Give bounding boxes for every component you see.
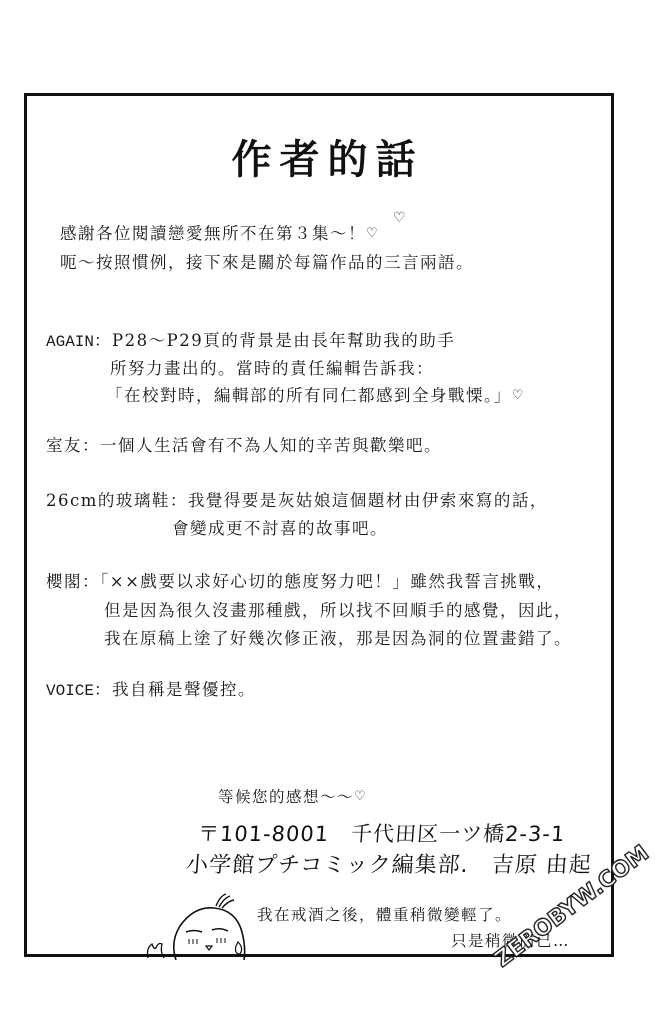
closing-note-1: 我在戒酒之後，體重稍微變輕了。 (257, 905, 512, 925)
section-glass-slipper-text-1: ：我覺得要是灰姑娘這個題材由伊索來寫的話， (170, 491, 548, 510)
section-glass-slipper-label: 26cm的玻璃鞋 (46, 491, 170, 510)
section-glass-slipper-line-2: 會變成更不討喜的故事吧。 (172, 519, 388, 539)
section-sakura-label: 櫻閣 (46, 572, 82, 591)
closing-request-text: 等候您的感想～～ (218, 788, 354, 806)
section-roommate-label: 室友 (46, 436, 82, 455)
mascot-doodle-icon (146, 892, 256, 960)
section-again-text-1: ：P28～P29頁的背景是由長年幫助我的助手 (94, 331, 455, 350)
section-sakura-line-2: 但是因為很久沒畫那種戲，所以找不回順手的感覺，因此， (104, 601, 572, 621)
section-sakura-line-3: 我在原稿上塗了好幾次修正液，那是因為洞的位置畫錯了。 (104, 629, 572, 649)
intro-text-1: 感謝各位閱讀戀愛無所不在第３集～！ (60, 224, 366, 243)
section-roommate-text-1: ：一個人生活會有不為人知的辛苦與歡樂吧。 (82, 436, 442, 455)
heart-icon: ♡ (354, 787, 367, 807)
section-voice-label: VOICE (46, 682, 94, 700)
section-again-label: AGAIN (46, 333, 94, 351)
section-voice-line-1: VOICE：我自稱是聲優控。 (46, 680, 256, 701)
heart-icon: ♡ (393, 210, 406, 226)
section-sakura-text-1: ：「××戲要以求好心切的態度努力吧！」雖然我誓言挑戰， (82, 572, 554, 591)
section-roommate-line-1: 室友：一個人生活會有不為人知的辛苦與歡樂吧。 (46, 436, 442, 456)
page-title: 作者的話 (0, 128, 655, 185)
heart-icon: ♡ (366, 224, 379, 244)
section-again-line-3: 「在校對時，編輯部的所有同仁都感到全身戰慄。」♡ (106, 386, 525, 406)
section-glass-slipper-line-1: 26cm的玻璃鞋：我覺得要是灰姑娘這個題材由伊索來寫的話， (46, 491, 548, 511)
mailing-recipient: 小学館プチコミック編集部. 吉原 由起 (185, 854, 592, 878)
section-sakura-line-1: 櫻閣：「××戲要以求好心切的態度努力吧！」雖然我誓言挑戰， (46, 572, 554, 592)
section-again-line-1: AGAIN：P28～P29頁的背景是由長年幫助我的助手 (46, 331, 455, 352)
mailing-address: 〒101-8001 千代田区一ツ橋2-3-1 (197, 822, 566, 846)
section-voice-text-1: ：我自稱是聲優控。 (94, 680, 256, 699)
section-again-line-2: 所努力畫出的。當時的責任編輯告訴我： (110, 359, 434, 379)
section-again-text-3: 「在校對時，編輯部的所有同仁都感到全身戰慄。」 (106, 386, 512, 405)
intro-line-1: 感謝各位閱讀戀愛無所不在第３集～！♡ (60, 224, 379, 244)
closing-request: 等候您的感想～～♡ (218, 787, 367, 807)
heart-icon: ♡ (512, 386, 525, 406)
intro-line-2: 呃～按照慣例，接下來是關於每篇作品的三言兩語。 (60, 253, 474, 273)
